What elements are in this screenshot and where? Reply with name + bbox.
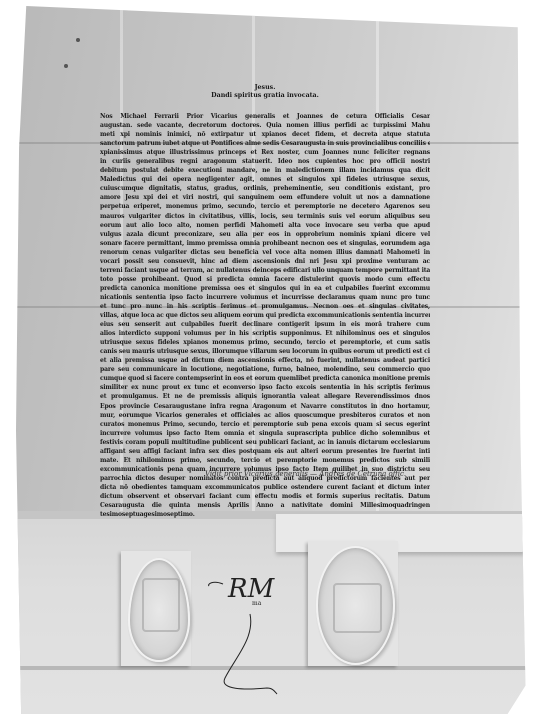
handwritten-annotation: Vidit prior Vicarius generalis — Andres … bbox=[205, 470, 406, 478]
ink-spot bbox=[76, 38, 80, 42]
text-line: cuiuscumque dignitatis, status, gradus, … bbox=[100, 184, 430, 193]
text-line: sanctorum patrum iubet atque ut Pontific… bbox=[100, 139, 430, 148]
text-line: perpetua eriperet, monemus primo, secund… bbox=[100, 202, 430, 211]
text-line: renorum cenas vulgariter dictas seu bene… bbox=[100, 248, 430, 257]
text-line: et tunc pro nunc in his scriptis ferimus… bbox=[100, 302, 430, 311]
text-line: vulgus azala dicunt preconizare, seu ali… bbox=[100, 230, 430, 239]
text-line: pare seu communicare in locutione, negot… bbox=[100, 365, 430, 374]
text-line: Maledictus qui dei opera negligenter agi… bbox=[100, 175, 430, 184]
text-line: Cesaraugusta die quinta mensis Aprilis A… bbox=[100, 501, 430, 510]
text-line: eorum aut alio loco alto, nomen perfidi … bbox=[100, 221, 430, 230]
text-line: villas, atque loca ac que dictos seu ali… bbox=[100, 311, 430, 320]
ink-spot bbox=[64, 64, 68, 68]
text-line: utriusque sexus fideles xpianos monemus … bbox=[100, 338, 430, 347]
text-line: et promulgamus. Et ne de premissis aliqu… bbox=[100, 392, 430, 401]
heading-2: Dandi spiritus gratia invocata. bbox=[100, 92, 430, 100]
seal-figure-icon bbox=[142, 578, 181, 632]
text-line: mate. Et nihilominus primo, secundo, ter… bbox=[100, 456, 430, 465]
text-line: dictum observent et observari faciant cu… bbox=[100, 492, 430, 501]
text-line: in curiis generalibus regni aragonum sta… bbox=[100, 157, 430, 166]
text-line: predicta canonica monitione premissa oes… bbox=[100, 284, 430, 293]
text-line: Nos Michael Ferrarii Prior Vicarius gene… bbox=[100, 112, 430, 121]
body-text: Nos Michael Ferrarii Prior Vicarius gene… bbox=[100, 112, 430, 519]
text-line: curatos monemus Primo, secundo, tercio e… bbox=[100, 420, 430, 429]
text-line: canis seu mauris utriusque sexus, illoru… bbox=[100, 347, 430, 356]
text-line: affigant seu affigi faciant infra sex di… bbox=[100, 447, 430, 456]
text-line: amore Jesu xpi dei et viri nostri, qui s… bbox=[100, 193, 430, 202]
text-line: tesimoseptuagesimoseptimo. bbox=[100, 510, 430, 519]
text-line: Epos provincie Cesaraugustane infra regn… bbox=[100, 402, 430, 411]
text-line: sonare facere permittant, immo premissa … bbox=[100, 239, 430, 248]
seal-figure-icon bbox=[333, 583, 382, 633]
text-line: mauros vulgariter dictos in civitatibus,… bbox=[100, 212, 430, 221]
text-line: mur, eorumque Vicarios generales et offi… bbox=[100, 411, 430, 420]
text-line: xpianissimus atque illustrissimus prince… bbox=[100, 148, 430, 157]
text-line: alios interdicto supponi volumus per in … bbox=[100, 329, 430, 338]
text-line: nicationis sententia ipso facto incurrer… bbox=[100, 293, 430, 302]
right-seal bbox=[316, 546, 395, 665]
text-line: cumque quod si facere contempserint in e… bbox=[100, 374, 430, 383]
text-line: festivis coram populi multitudine public… bbox=[100, 438, 430, 447]
text-line: toto posse prohibeant. Quod si predicta … bbox=[100, 275, 430, 284]
heading-1: Jesus. bbox=[100, 84, 430, 92]
text-line: meti xpi nominis inimici, nō extirpatur … bbox=[100, 130, 430, 139]
text-line: incurrere volumus ipso facto Item omnia … bbox=[100, 429, 430, 438]
text-line: augustan. sede vacante, decretorum docto… bbox=[100, 121, 430, 130]
printed-text: Jesus. Dandi spiritus gratia invocata. N… bbox=[100, 84, 430, 504]
text-line: vocari possit seu consuevit, hinc ad die… bbox=[100, 257, 430, 266]
text-line: debitum postulat debite executioni manda… bbox=[100, 166, 430, 175]
text-line: terreni faciant usque ad terram, ac null… bbox=[100, 266, 430, 275]
text-line: similiter ex nunc prout ex tunc et econv… bbox=[100, 383, 430, 392]
text-line: eius seu senserit aut culpabiles fuerit … bbox=[100, 320, 430, 329]
text-line: et alia premissa usque ad dictum diem as… bbox=[100, 356, 430, 365]
text-line: dicta nō obedientes tamquam excommunicat… bbox=[100, 483, 430, 492]
signature-flourish-icon bbox=[205, 578, 295, 698]
